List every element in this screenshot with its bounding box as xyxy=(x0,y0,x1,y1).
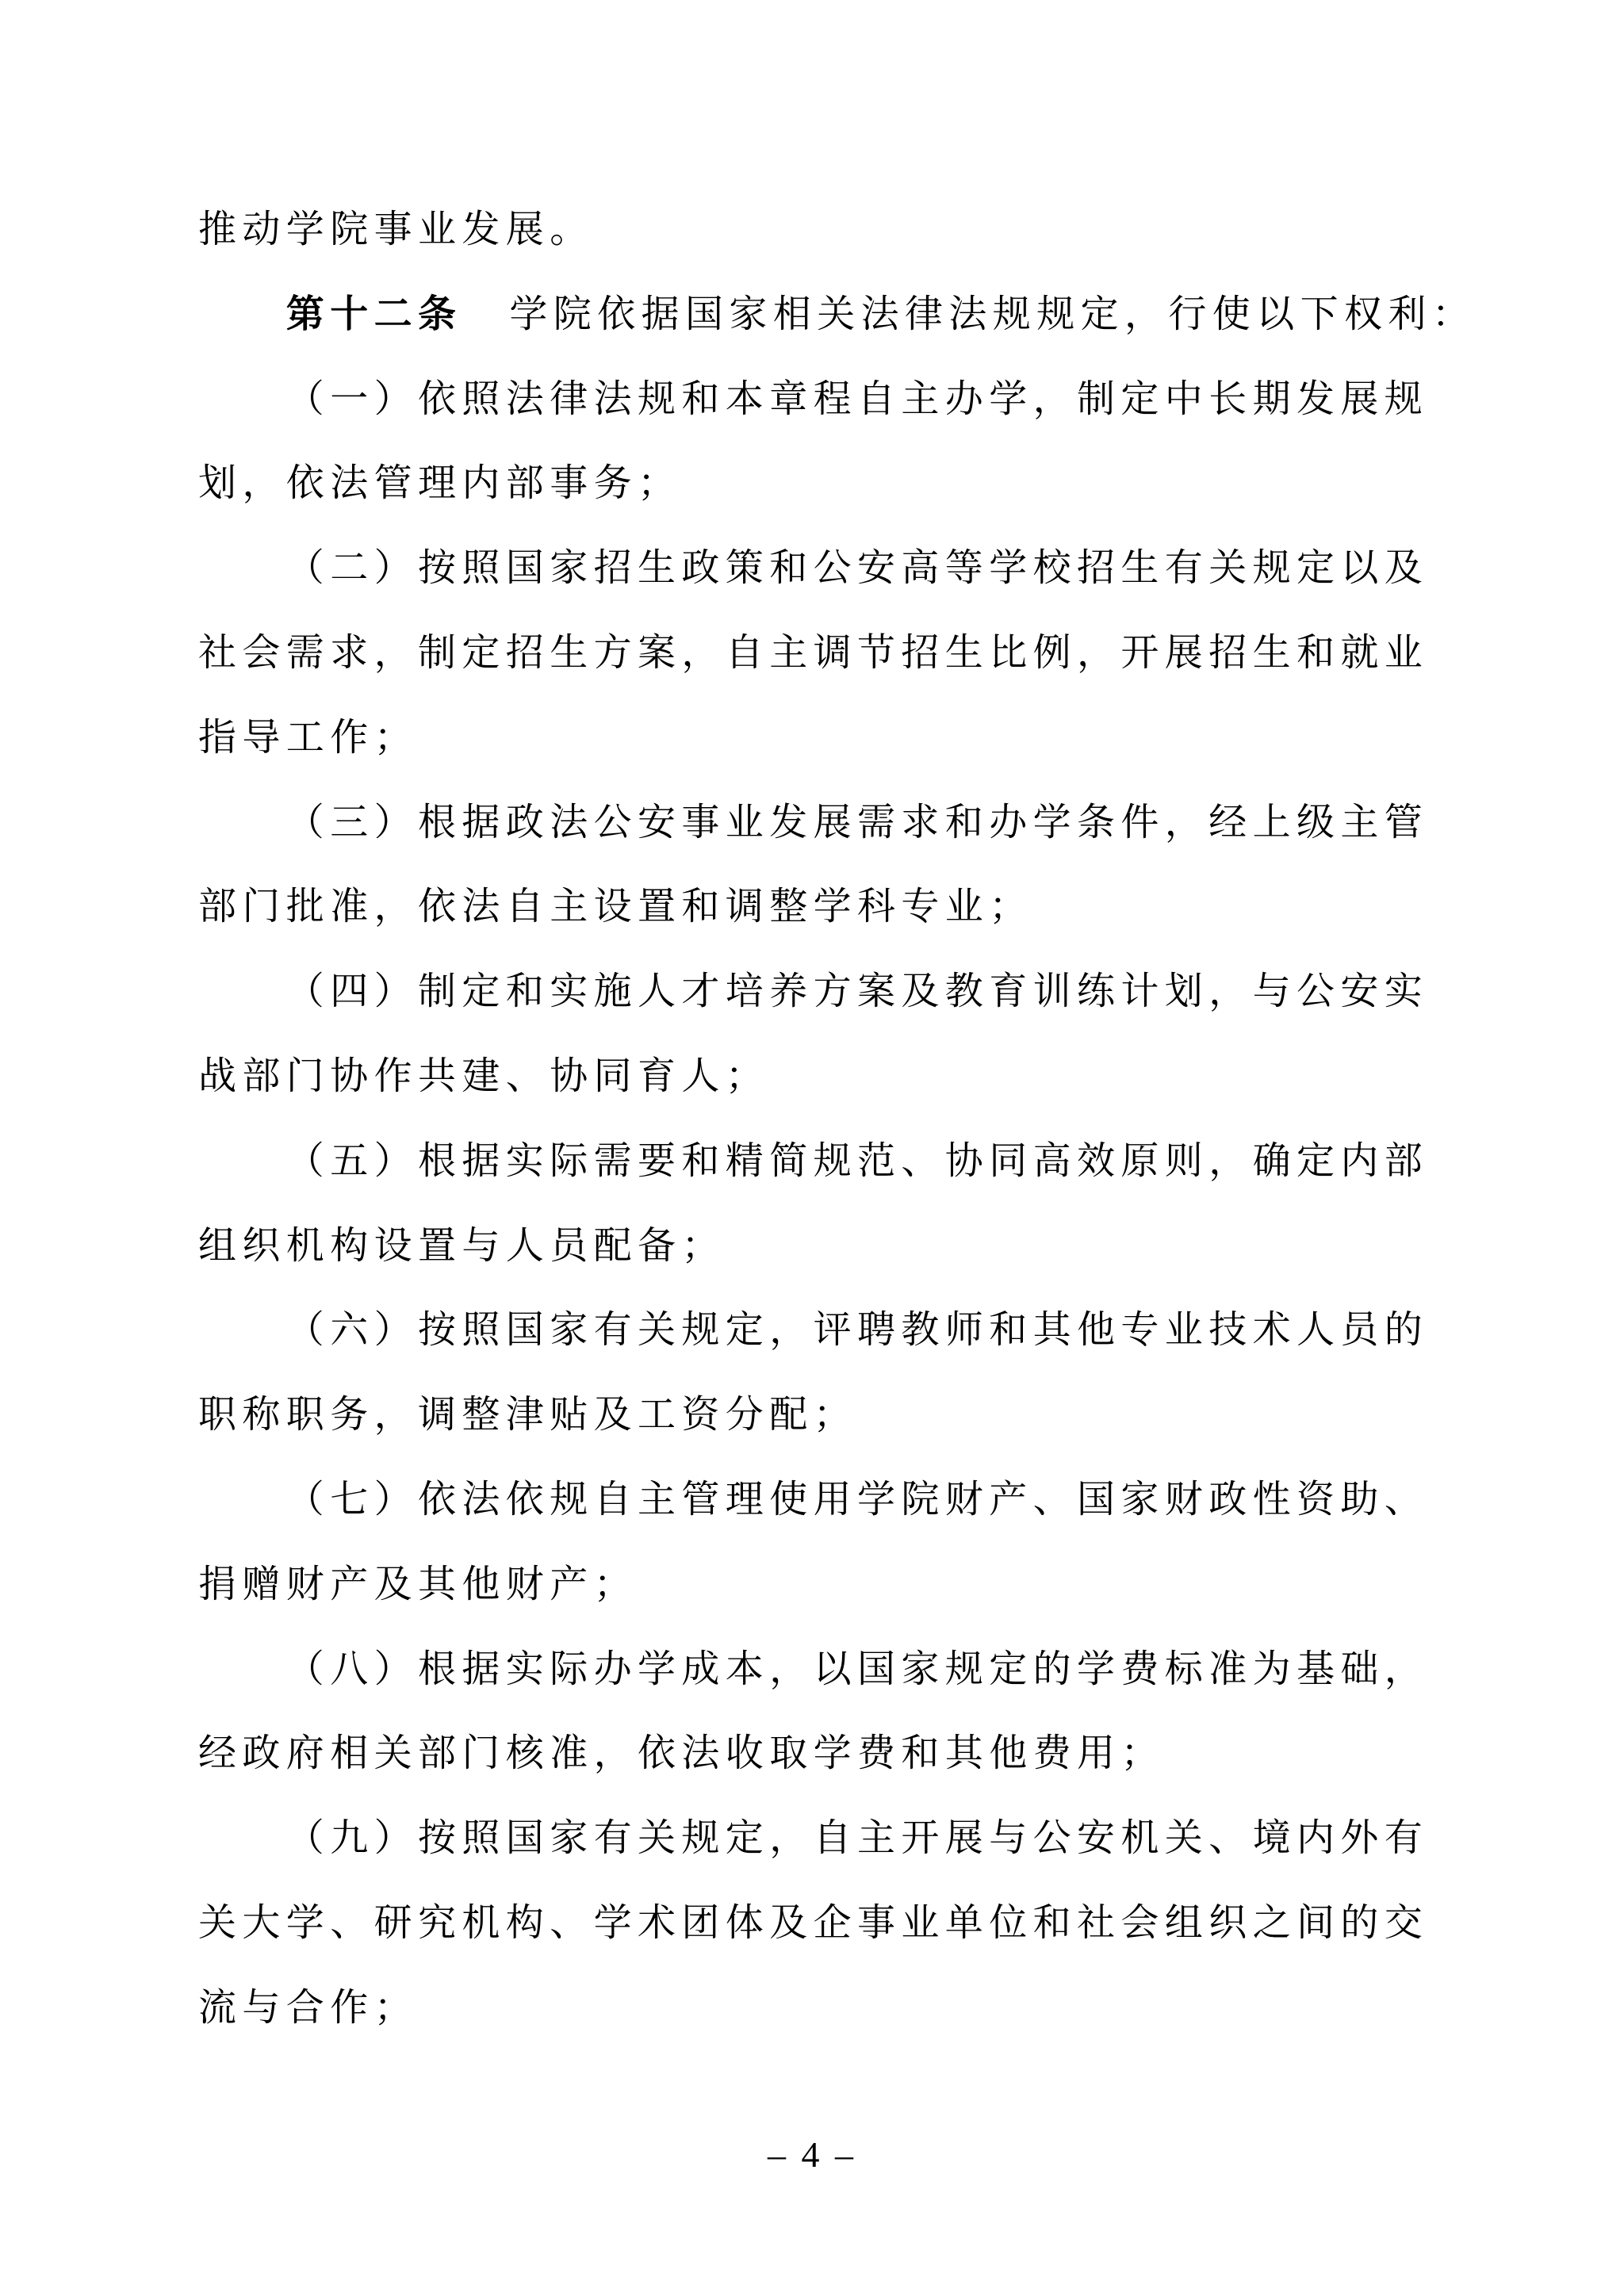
text-line: （五）根据实际需要和精简规范、协同高效原则，确定内部 xyxy=(198,1142,1428,1183)
document-page: 推动学院事业发展。第十二条学院依据国家相关法律法规规定，行使以下权利：（一）依照… xyxy=(0,0,1624,2296)
text-run: 部门批准，依法自主设置和调整学科专业； xyxy=(198,886,1033,928)
text-line: 组织机构设置与人员配备； xyxy=(198,1226,726,1268)
text-run: （九）按照国家有关规定，自主开展与公安机关、境内外有 xyxy=(286,1817,1428,1859)
text-line: （二）按照国家招生政策和公安高等学校招生有关规定以及 xyxy=(198,549,1428,590)
text-line: 第十二条学院依据国家相关法律法规规定，行使以下权利： xyxy=(198,295,1476,336)
text-line: 流与合作； xyxy=(198,1988,418,2030)
text-run: 指导工作； xyxy=(198,717,418,759)
text-line: 部门批准，依法自主设置和调整学科专业； xyxy=(198,887,1033,928)
text-line: （三）根据政法公安事业发展需求和办学条件，经上级主管 xyxy=(198,803,1428,844)
text-run: 学院依据国家相关法律法规规定，行使以下权利： xyxy=(509,293,1476,335)
text-run: 经政府相关部门核准，依法收取学费和其他费用； xyxy=(198,1732,1165,1774)
text-line: 关大学、研究机构、学术团体及企事业单位和社会组织之间的交 xyxy=(198,1904,1428,1945)
page-footer: – 4 – xyxy=(0,2136,1624,2174)
text-line: 战部门协作共建、协同育人； xyxy=(198,1057,769,1098)
text-line: （四）制定和实施人才培养方案及教育训练计划，与公安实 xyxy=(198,972,1428,1013)
text-run: （一）依照法律法规和本章程自主办学，制定中长期发展规 xyxy=(286,378,1428,420)
text-line: 经政府相关部门核准，依法收取学费和其他费用； xyxy=(198,1734,1165,1775)
text-run: 职称职务，调整津贴及工资分配； xyxy=(198,1394,857,1436)
text-line: 指导工作； xyxy=(198,718,418,760)
text-line: （六）按照国家有关规定，评聘教师和其他专业技术人员的 xyxy=(198,1311,1428,1352)
text-run: 流与合作； xyxy=(198,1987,418,2029)
text-run: 划，依法管理内部事务； xyxy=(198,462,681,504)
text-run: （二）按照国家招生政策和公安高等学校招生有关规定以及 xyxy=(286,547,1428,589)
page-number: – 4 – xyxy=(768,2134,856,2175)
text-run: （五）根据实际需要和精简规范、协同高效原则，确定内部 xyxy=(286,1140,1428,1182)
text-run: （六）按照国家有关规定，评聘教师和其他专业技术人员的 xyxy=(286,1309,1428,1351)
text-run: 战部门协作共建、协同育人； xyxy=(198,1055,769,1097)
text-run: 关大学、研究机构、学术团体及企事业单位和社会组织之间的交 xyxy=(198,1902,1428,1944)
text-run: （四）制定和实施人才培养方案及教育训练计划，与公安实 xyxy=(286,970,1428,1012)
text-line: （七）依法依规自主管理使用学院财产、国家财政性资助、 xyxy=(198,1480,1428,1521)
text-line: （一）依照法律法规和本章程自主办学，制定中长期发展规 xyxy=(198,380,1428,421)
text-line: 划，依法管理内部事务； xyxy=(198,464,681,505)
text-line: 捐赠财产及其他财产； xyxy=(198,1565,638,1606)
text-line: 职称职务，调整津贴及工资分配； xyxy=(198,1395,857,1437)
text-run: （八）根据实际办学成本，以国家规定的学费标准为基础， xyxy=(286,1648,1428,1690)
article-heading-number: 第十二条 xyxy=(286,293,462,335)
document-body: 推动学院事业发展。第十二条学院依据国家相关法律法规规定，行使以下权利：（一）依照… xyxy=(0,0,1624,2296)
text-run: 组织机构设置与人员配备； xyxy=(198,1225,726,1267)
text-run: 推动学院事业发展。 xyxy=(198,209,594,251)
text-line: （八）根据实际办学成本，以国家规定的学费标准为基础， xyxy=(198,1650,1428,1691)
text-run: 社会需求，制定招生方案，自主调节招生比例，开展招生和就业 xyxy=(198,632,1428,674)
text-line: （九）按照国家有关规定，自主开展与公安机关、境内外有 xyxy=(198,1819,1428,1860)
text-line: 社会需求，制定招生方案，自主调节招生比例，开展招生和就业 xyxy=(198,633,1428,675)
text-run: 捐赠财产及其他财产； xyxy=(198,1563,638,1605)
text-run: （三）根据政法公安事业发展需求和办学条件，经上级主管 xyxy=(286,802,1428,844)
text-line: 推动学院事业发展。 xyxy=(198,210,594,251)
text-run: （七）依法依规自主管理使用学院财产、国家财政性资助、 xyxy=(286,1479,1428,1521)
